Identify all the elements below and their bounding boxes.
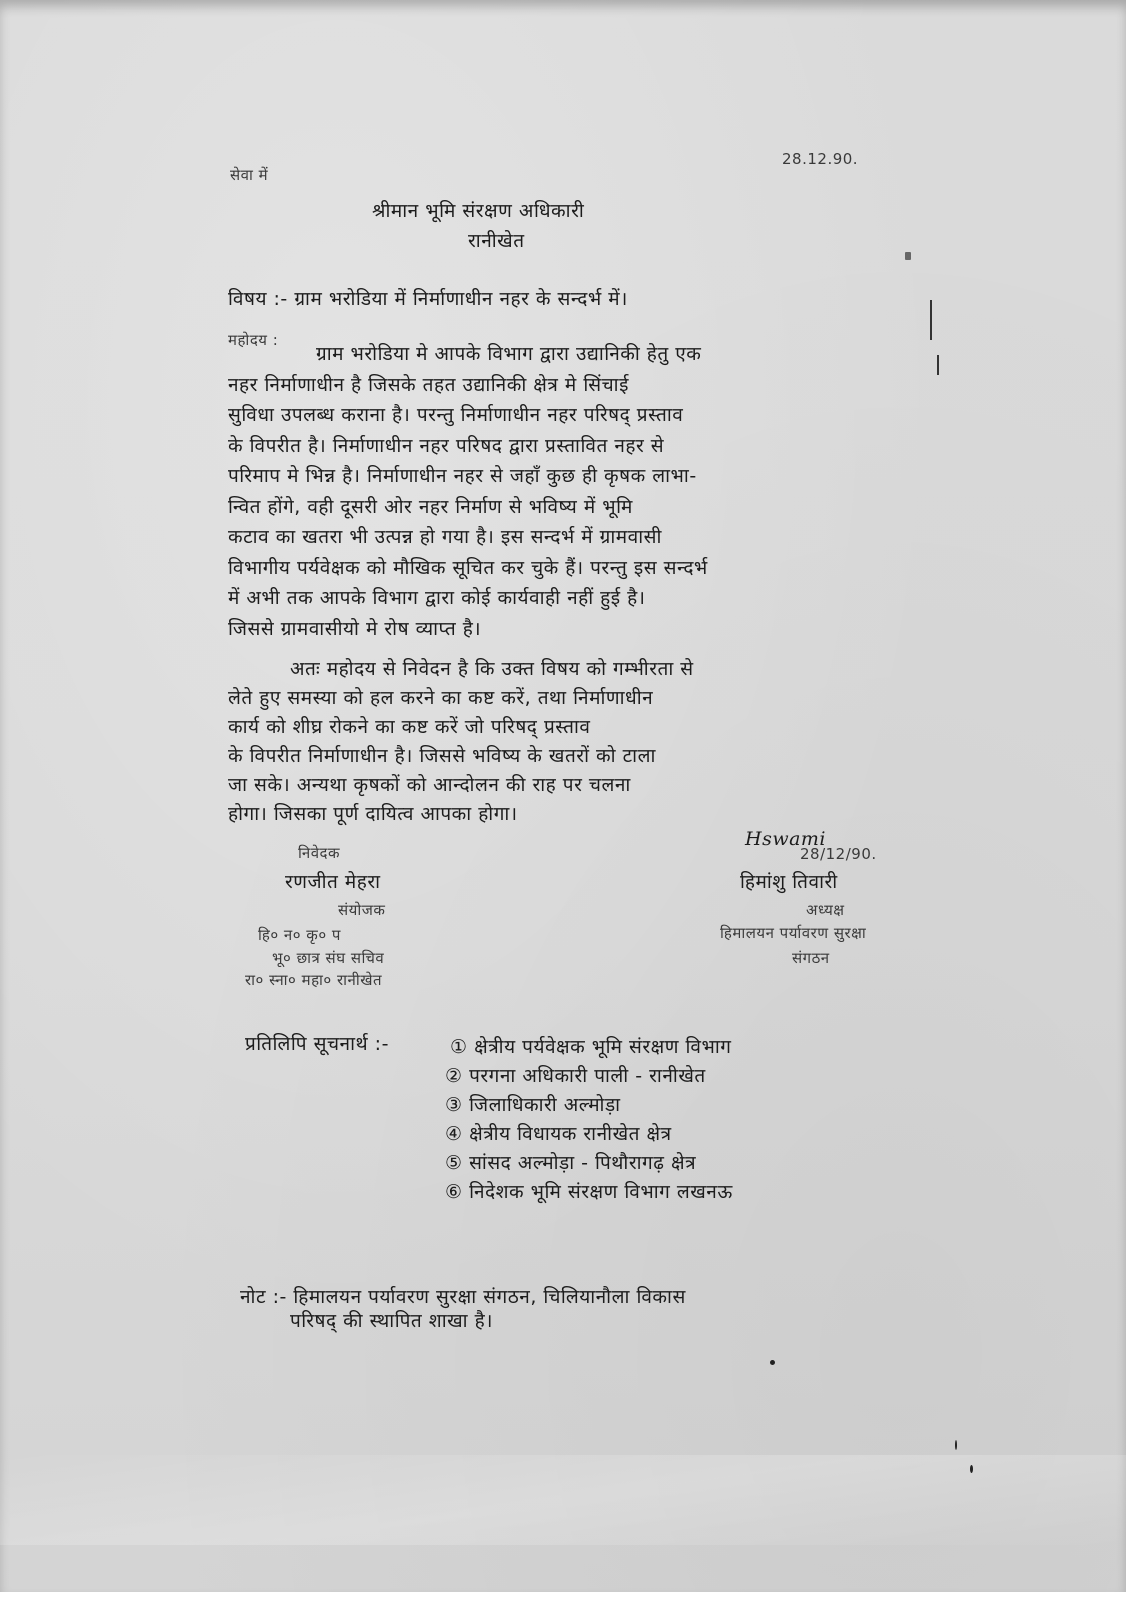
ink-speck [955,1440,957,1450]
copy-to-item: ② परगना अधिकारी पाली - रानीखेत [445,1062,706,1088]
text-line: जा सके। अन्यथा कृषकों को आन्दोलन की राह … [228,771,631,797]
note-line-2: परिषद् की स्थापित शाखा है। [290,1307,493,1333]
salutation-to: सेवा में [230,165,268,185]
right-signatory-name: हिमांशु तिवारी [740,868,838,894]
greeting: महोदय : [228,330,278,350]
left-signatory-org: हि० न० कृ० प [258,925,341,945]
copy-to-item: ⑤ सांसद अल्मोड़ा - पिथौरागढ़ क्षेत्र [445,1149,696,1175]
text-line: लेते हुए समस्या को हल करने का कष्ट करें,… [228,684,653,710]
text-line: कटाव का खतरा भी उत्पन्न हो गया है। इस सन… [228,523,662,549]
copy-to-label: प्रतिलिपि सूचनार्थ :- [245,1030,389,1056]
left-signatory-name: रणजीत मेहरा [285,868,381,894]
text-line: विभागीय पर्यवेक्षक को मौखिक सूचित कर चुक… [228,554,708,580]
subject-line: विषय :- ग्राम भरोडिया में निर्माणाधीन नह… [228,285,628,311]
text-line: नहर निर्माणाधीन है जिसके तहत उद्यानिकी क… [228,371,629,397]
text-line: अतः महोदय से निवेदन है कि उक्त विषय को ग… [290,655,694,681]
recipient-line-2: रानीखेत [468,227,525,253]
left-signatory-title: संयोजक [338,900,385,920]
text-line: परिमाप मे भिन्न है। निर्माणाधीन नहर से ज… [228,462,697,488]
margin-mark [937,355,939,375]
ink-speck [970,1465,973,1473]
copy-to-item: ④ क्षेत्रीय विधायक रानीखेत क्षेत्र [445,1120,672,1146]
copy-to-item: ③ जिलाधिकारी अल्मोड़ा [445,1091,621,1117]
recipient-line-1: श्रीमान भूमि संरक्षण अधिकारी [372,197,584,223]
paper-fold-shadow [0,1455,1126,1545]
right-signature-date: 28/12/90. [800,845,877,863]
left-signatory-org-3: रा० स्ना० महा० रानीखेत [245,970,382,990]
right-signatory-org: हिमालयन पर्यावरण सुरक्षा [720,923,866,943]
right-signatory-title: अध्यक्ष [806,900,845,920]
text-line: ग्राम भरोडिया मे आपके विभाग द्वारा उद्या… [316,340,701,366]
text-line: में अभी तक आपके विभाग द्वारा कोई कार्यवा… [228,584,645,610]
copy-to-item: ① क्षेत्रीय पर्यवेक्षक भूमि संरक्षण विभा… [450,1033,731,1059]
letter-date: 28.12.90. [782,150,858,168]
left-signatory-org-2: भू० छात्र संघ सचिव [272,948,384,968]
text-line: जिससे ग्रामवासीयो मे रोष व्याप्त है। [228,615,481,641]
text-line: कार्य को शीघ्र रोकने का कष्ट करें जो परि… [228,713,590,739]
text-line: न्वित होंगे, वही दूसरी ओर नहर निर्माण से… [228,493,633,519]
margin-mark [930,300,932,340]
text-line: के विपरीत है। निर्माणाधीन नहर परिषद द्वा… [228,432,664,458]
text-line: होगा। जिसका पूर्ण दायित्व आपका होगा। [228,800,518,826]
copy-to-item: ⑥ निदेशक भूमि संरक्षण विभाग लखनऊ [445,1178,733,1204]
ink-speck [770,1360,775,1365]
right-signatory-org-2: संगठन [792,948,830,968]
text-line: सुविधा उपलब्ध कराना है। परन्तु निर्माणाध… [228,401,683,427]
ink-speck [905,252,911,260]
text-line: के विपरीत निर्माणाधीन है। जिससे भविष्य क… [228,742,656,768]
left-signature: निवेदक [298,843,340,863]
note-line-1: नोट :- हिमालयन पर्यावरण सुरक्षा संगठन, च… [240,1283,686,1309]
